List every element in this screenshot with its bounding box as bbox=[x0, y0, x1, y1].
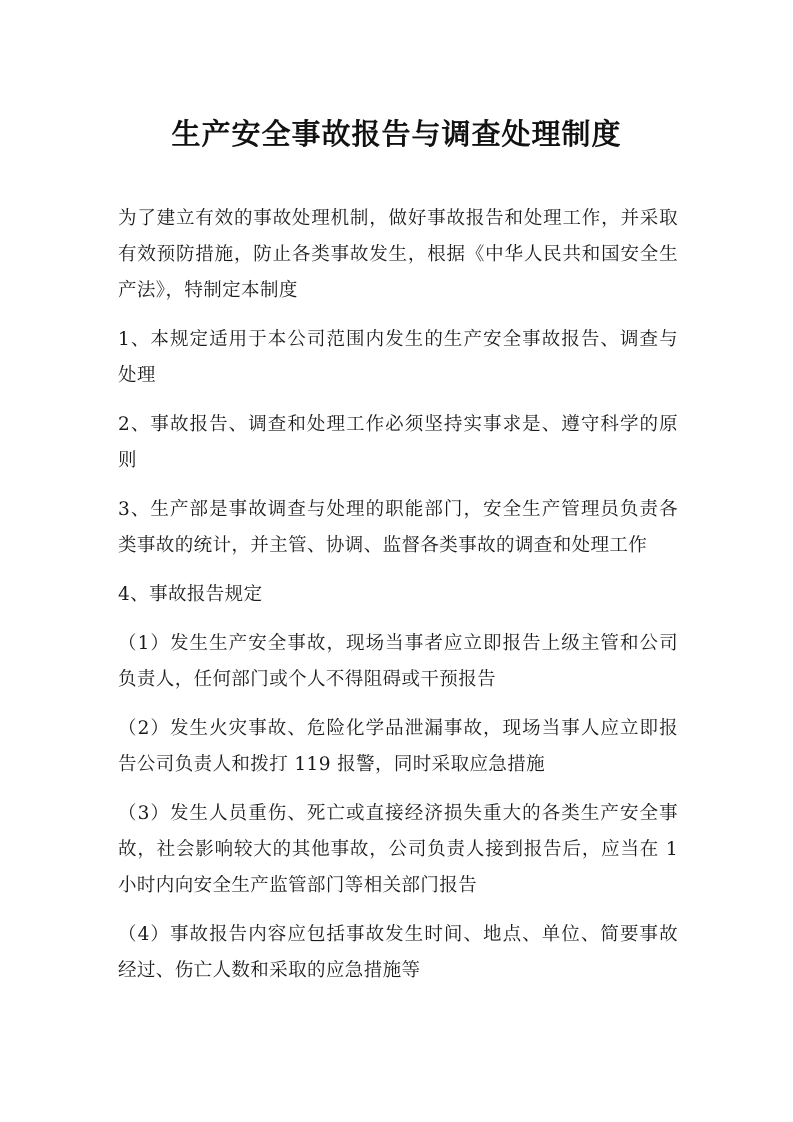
clause-4-sub-3: （3）发生人员重伤、死亡或直接经济损失重大的各类生产安全事故，社会影响较大的其他… bbox=[118, 796, 678, 904]
intro-paragraph: 为了建立有效的事故处理机制，做好事故报告和处理工作，并采取有效预防措施，防止各类… bbox=[118, 201, 678, 309]
clause-4-sub-1: （1）发生生产安全事故，现场当事者应立即报告上级主管和公司负责人，任何部门或个人… bbox=[118, 626, 678, 698]
clause-2: 2、事故报告、调查和处理工作必须坚持实事求是、遵守科学的原则 bbox=[118, 407, 678, 479]
document-title: 生产安全事故报告与调查处理制度 bbox=[0, 114, 793, 154]
document-page: 生产安全事故报告与调查处理制度 为了建立有效的事故处理机制，做好事故报告和处理工… bbox=[0, 0, 793, 1122]
clause-4-sub-4: （4）事故报告内容应包括事故发生时间、地点、单位、简要事故经过、伤亡人数和采取的… bbox=[118, 917, 678, 989]
clause-4-sub-2: （2）发生火灾事故、危险化学品泄漏事故，现场当事人应立即报告公司负责人和拨打 1… bbox=[118, 711, 678, 783]
clause-4-heading: 4、事故报告规定 bbox=[118, 577, 678, 613]
document-body: 为了建立有效的事故处理机制，做好事故报告和处理工作，并采取有效预防措施，防止各类… bbox=[118, 201, 678, 1002]
clause-1: 1、本规定适用于本公司范围内发生的生产安全事故报告、调查与处理 bbox=[118, 322, 678, 394]
clause-3: 3、生产部是事故调查与处理的职能部门，安全生产管理员负责各类事故的统计，并主管、… bbox=[118, 492, 678, 564]
